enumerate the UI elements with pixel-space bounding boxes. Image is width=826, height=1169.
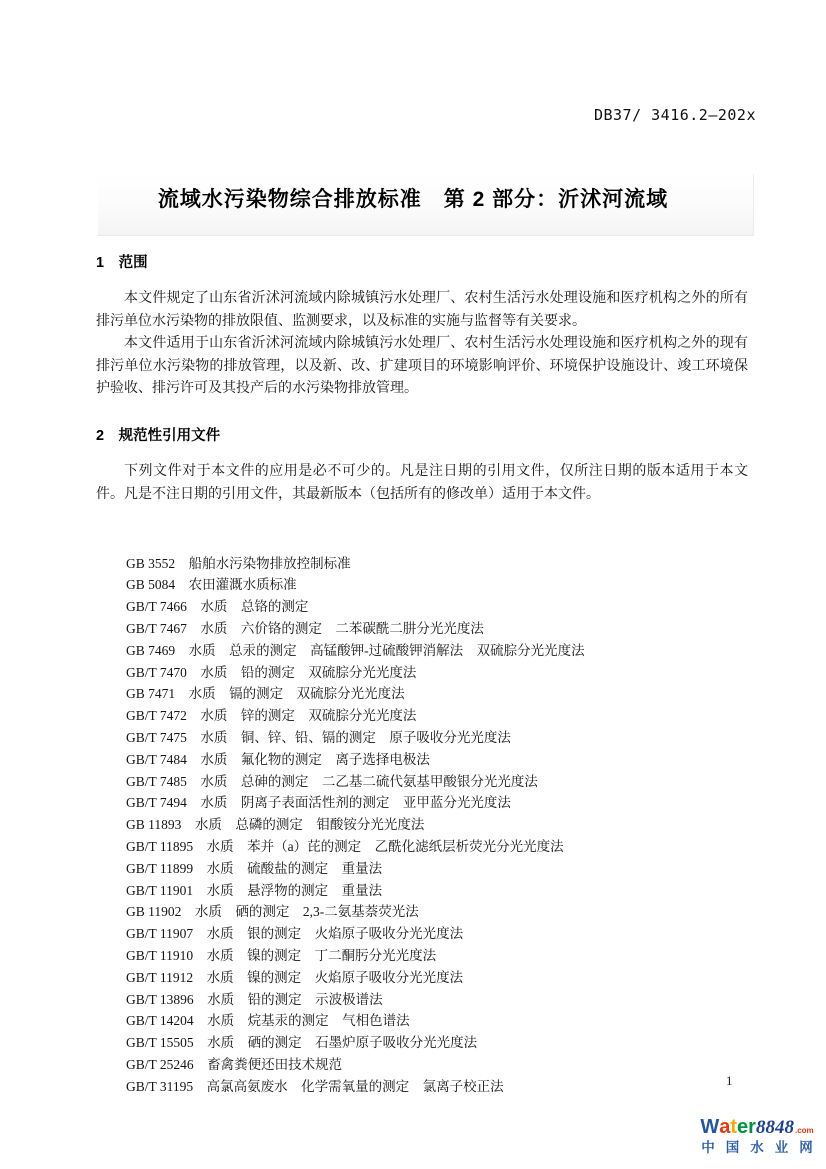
reference-item: GB/T 7466 水质 总铬的测定 [126, 596, 750, 618]
reference-item: GB/T 11901 水质 悬浮物的测定 重量法 [126, 880, 750, 902]
logo-domain-suffix: .com [795, 1127, 814, 1137]
paragraph: 本文件规定了山东省沂沭河流域内除城镇污水处理厂、农村生活污水处理设施和医疗机构之… [96, 288, 748, 333]
logo-wordmark: W a t e r 8848 .com [691, 1117, 823, 1137]
reference-item: GB/T 7494 水质 阴离子表面活性剂的测定 亚甲蓝分光光度法 [126, 792, 750, 814]
reference-item: GB/T 7484 水质 氟化物的测定 离子选择电极法 [126, 749, 750, 771]
document-title: 流域水污染物综合排放标准 第 2 部分：沂沭河流域 [0, 183, 826, 213]
logo-letter: t [730, 1117, 737, 1137]
reference-item: GB/T 15505 水质 硒的测定 石墨炉原子吸收分光光度法 [126, 1032, 750, 1054]
logo-number: 8848 [756, 1118, 794, 1137]
reference-item: GB/T 7470 水质 铅的测定 双硫腙分光光度法 [126, 662, 750, 684]
paragraph: 下列文件对于本文件的应用是必不可少的。凡是注日期的引用文件，仅所注日期的版本适用… [96, 461, 748, 506]
standard-doc-number: DB37/ 3416.2—202x [594, 106, 756, 124]
water8848-watermark-logo: W a t e r 8848 .com 中国水业网 [691, 1117, 823, 1155]
reference-item: GB/T 7472 水质 锌的测定 双硫腙分光光度法 [126, 705, 750, 727]
reference-item: GB 7469 水质 总汞的测定 高锰酸钾-过硫酸钾消解法 双硫腙分光光度法 [126, 640, 750, 662]
reference-item: GB/T 11910 水质 镍的测定 丁二酮肟分光光度法 [126, 945, 750, 967]
reference-item: GB 11893 水质 总磷的测定 钼酸铵分光光度法 [126, 814, 750, 836]
reference-item: GB/T 11895 水质 苯并（a）芘的测定 乙酰化滤纸层析荧光分光光度法 [126, 836, 750, 858]
section-1-heading: 1 范围 [96, 251, 148, 272]
reference-item: GB 7471 水质 镉的测定 双硫腙分光光度法 [126, 683, 750, 705]
section-1-body: 本文件规定了山东省沂沭河流域内除城镇污水处理厂、农村生活污水处理设施和医疗机构之… [96, 288, 748, 401]
logo-letter: e [737, 1117, 748, 1137]
reference-item: GB/T 31195 高氯高氨废水 化学需氧量的测定 氯离子校正法 [126, 1076, 750, 1098]
logo-letter: a [719, 1117, 730, 1137]
reference-item: GB/T 11912 水质 镍的测定 火焰原子吸收分光光度法 [126, 967, 750, 989]
section-2-body: 下列文件对于本文件的应用是必不可少的。凡是注日期的引用文件，仅所注日期的版本适用… [96, 461, 748, 506]
logo-letter: W [700, 1117, 719, 1137]
reference-item: GB 11902 水质 硒的测定 2,3-二氨基萘荧光法 [126, 901, 750, 923]
page-number: 1 [726, 1073, 733, 1089]
reference-item: GB 3552 船舶水污染物排放控制标准 [126, 553, 750, 575]
section-2-heading: 2 规范性引用文件 [96, 424, 220, 445]
reference-item: GB/T 14204 水质 烷基汞的测定 气相色谱法 [126, 1010, 750, 1032]
reference-item: GB/T 7485 水质 总砷的测定 二乙基二硫代氨基甲酸银分光光度法 [126, 771, 750, 793]
document-page: DB37/ 3416.2—202x 流域水污染物综合排放标准 第 2 部分：沂沭… [0, 0, 826, 1169]
reference-item: GB/T 7467 水质 六价铬的测定 二苯碳酰二肼分光光度法 [126, 618, 750, 640]
reference-item: GB/T 11899 水质 硫酸盐的测定 重量法 [126, 858, 750, 880]
logo-tagline: 中国水业网 [691, 1141, 826, 1155]
reference-item: GB/T 7475 水质 铜、锌、铅、镉的测定 原子吸收分光光度法 [126, 727, 750, 749]
reference-item: GB 5084 农田灌溉水质标准 [126, 574, 750, 596]
paragraph: 本文件适用于山东省沂沭河流域内除城镇污水处理厂、农村生活污水处理设施和医疗机构之… [96, 333, 748, 401]
logo-letter: r [748, 1117, 756, 1137]
reference-item: GB/T 11907 水质 银的测定 火焰原子吸收分光光度法 [126, 923, 750, 945]
normative-references-list: GB 3552 船舶水污染物排放控制标准GB 5084 农田灌溉水质标准GB/T… [126, 509, 750, 1141]
reference-item: GB/T 13896 水质 铅的测定 示波极谱法 [126, 989, 750, 1011]
reference-item: GB/T 25246 畜禽粪便还田技术规范 [126, 1054, 750, 1076]
